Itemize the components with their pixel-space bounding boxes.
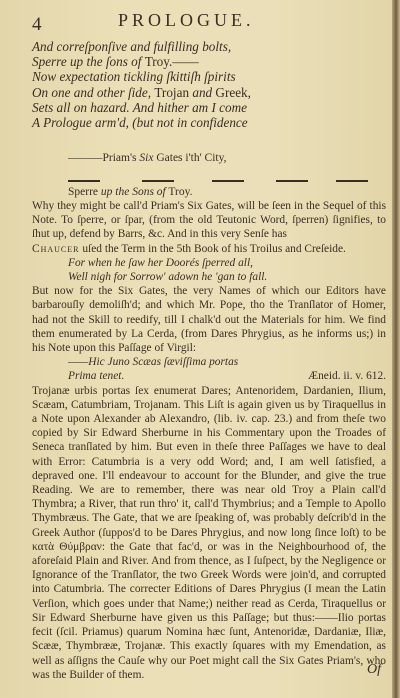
note-body: Why they might be call'd Priam's Six Gat… (32, 199, 386, 682)
note-lemma-2: Sperre up the Sons of Troy. (68, 186, 193, 198)
paragraph: Why they might be call'd Priam's Six Gat… (32, 199, 386, 242)
chaucer-quote: Well nigh for Sorrow' adown he 'gan to f… (68, 270, 386, 284)
verse-line: Sets all on hazard. And hither am I come (32, 100, 251, 115)
running-title: PROLOGUE. (118, 10, 255, 31)
note-lemma: ———Priam's Six Gates i'th' City, (68, 151, 227, 165)
page-number: 4 (32, 14, 42, 36)
book-gutter (392, 0, 400, 698)
book-page: 4 PROLOGUE. And correſponſive and fulfil… (0, 0, 392, 698)
paragraph: But now for the Six Gates, the very Name… (32, 284, 386, 355)
verse-quotation: And correſponſive and fulfilling bolts, … (32, 39, 251, 130)
verse-line: And correſponſive and fulfilling bolts, (32, 39, 251, 54)
page-header: 4 PROLOGUE. (32, 8, 332, 32)
verse-line: Sperre up the ſons of Troy.—— (32, 54, 251, 69)
paragraph: Chaucer uſed the Term in the 5th Book of… (32, 242, 386, 256)
paragraph: Trojanæ urbis portas ſex enumerat Dares;… (32, 384, 386, 682)
verse-line: A Prologue arm'd, (but not in confidence (32, 115, 251, 130)
verse-line: On one and other ſide, Trojan and Greek, (32, 85, 251, 100)
verse-line: Now expectation tickling ſkittiſh ſpirit… (32, 69, 251, 84)
virgil-citation: Prima tenet.Æneid. ii. v. 612. (68, 369, 386, 383)
catchword: Of (367, 662, 381, 678)
chaucer-quote: For when he ſaw her Doorés ſperred all, (68, 256, 386, 270)
virgil-quote: ——Hic Juno Scæas ſæviſſima portas (68, 355, 386, 369)
